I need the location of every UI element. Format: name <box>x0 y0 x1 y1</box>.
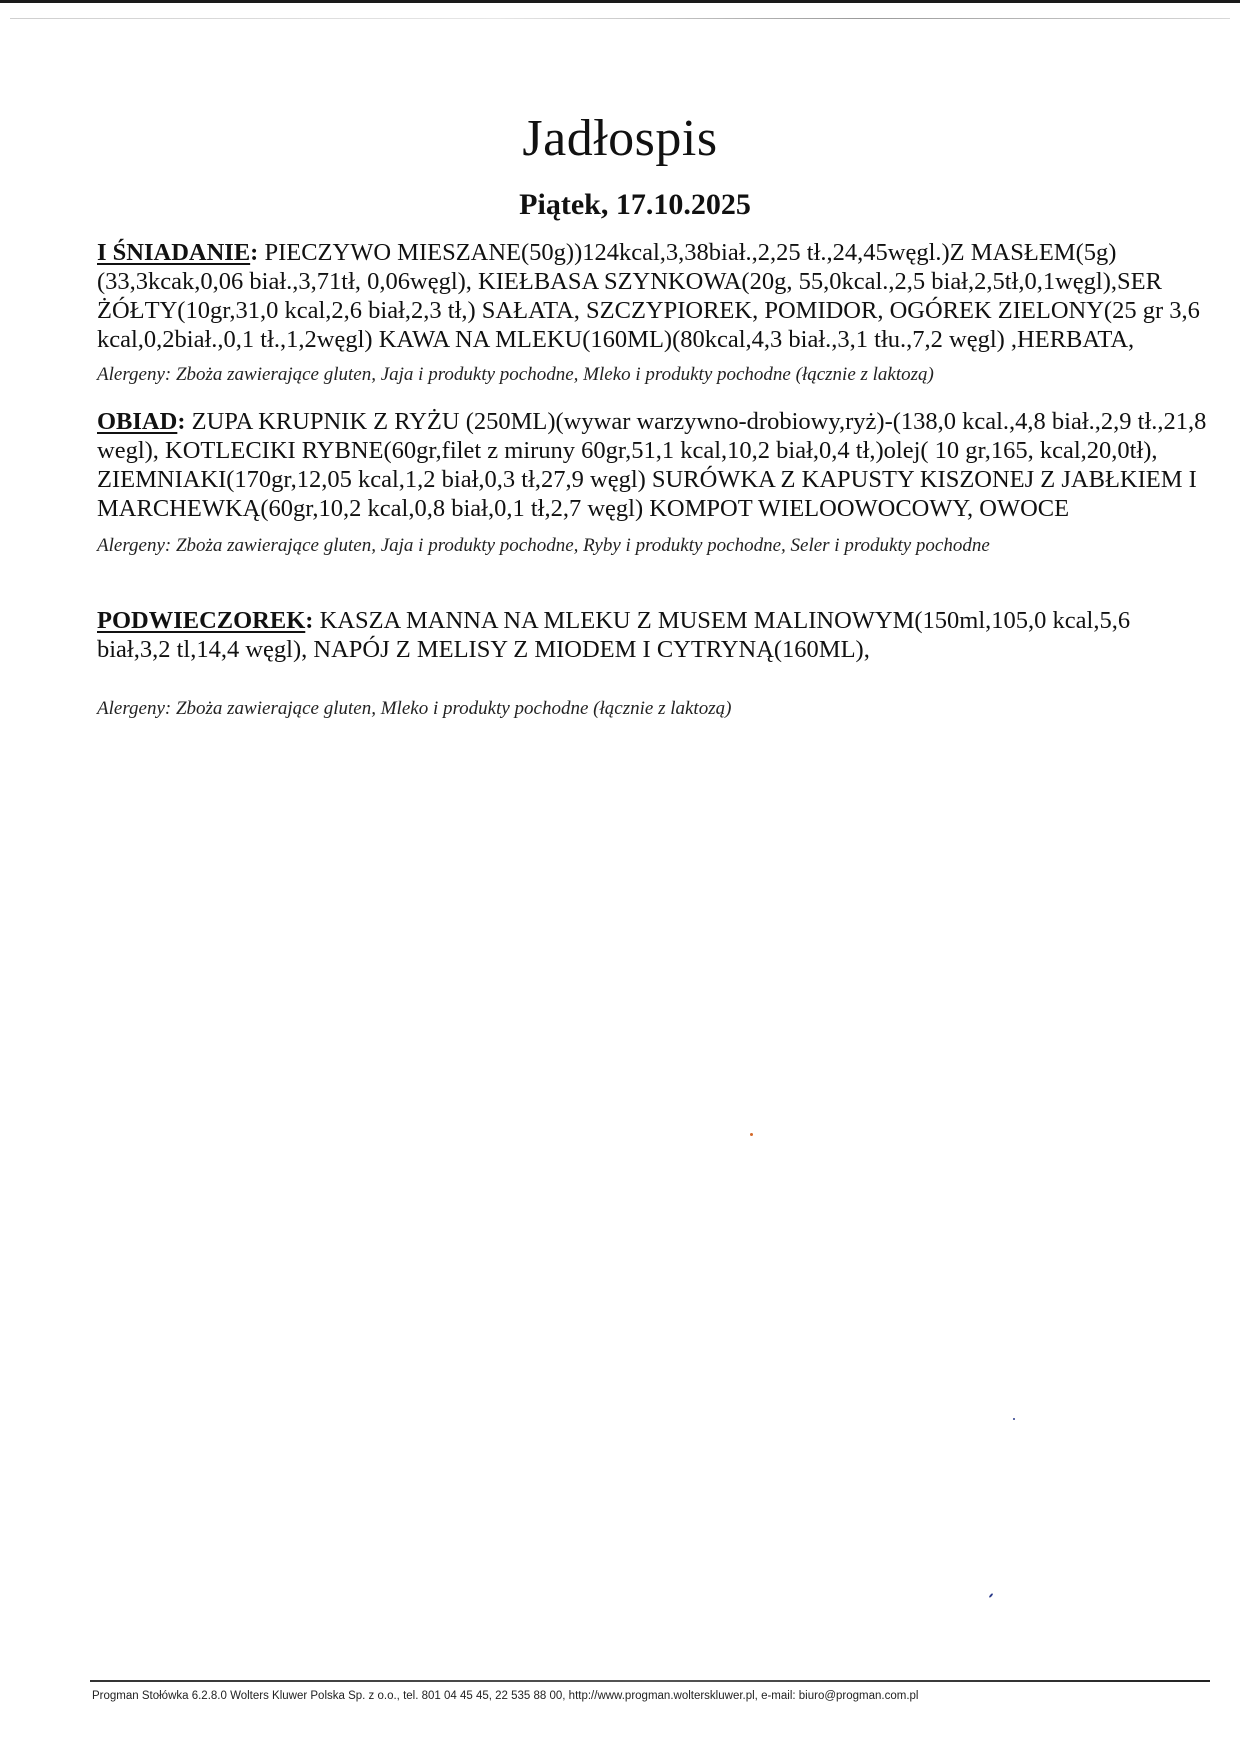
footer-divider <box>90 1680 1210 1682</box>
meal-afternoon-snack: PODWIECZOREK: KASZA MANNA NA MLEKU Z MUS… <box>97 606 1207 664</box>
meal-label-breakfast: I ŚNIADANIE: <box>97 239 258 266</box>
allergens-lunch: Alergeny: Zboża zawierające gluten, Jaja… <box>97 533 1207 558</box>
meal-items-breakfast: PIECZYWO MIESZANE(50g))124kcal,3,38biał.… <box>97 239 1200 353</box>
menu-date: Piątek, 17.10.2025 <box>0 188 1240 222</box>
allergens-breakfast: Alergeny: Zboża zawierające gluten, Jaja… <box>97 362 1207 387</box>
meal-items-lunch: ZUPA KRUPNIK Z RYŻU (250ML)(wywar warzyw… <box>97 408 1206 522</box>
meal-breakfast: I ŚNIADANIE: PIECZYWO MIESZANE(50g))124k… <box>97 238 1207 354</box>
allergens-afternoon-snack: Alergeny: Zboża zawierające gluten, Mlek… <box>97 696 1207 721</box>
meal-label-afternoon-snack: PODWIECZOREK: <box>97 607 313 634</box>
scan-speck <box>989 1593 994 1598</box>
scan-speck <box>1013 1418 1015 1420</box>
footer-text: Progman Stołówka 6.2.8.0 Wolters Kluwer … <box>92 1690 918 1702</box>
meal-lunch: OBIAD: ZUPA KRUPNIK Z RYŻU (250ML)(wywar… <box>97 407 1207 523</box>
meal-label-lunch: OBIAD: <box>97 408 186 435</box>
document-title: Jadłospis <box>0 109 1240 168</box>
scan-edge <box>0 0 1240 3</box>
menu-content: I ŚNIADANIE: PIECZYWO MIESZANE(50g))124k… <box>97 238 1207 721</box>
scan-artifact-line <box>10 18 1230 19</box>
scan-speck <box>750 1133 753 1136</box>
